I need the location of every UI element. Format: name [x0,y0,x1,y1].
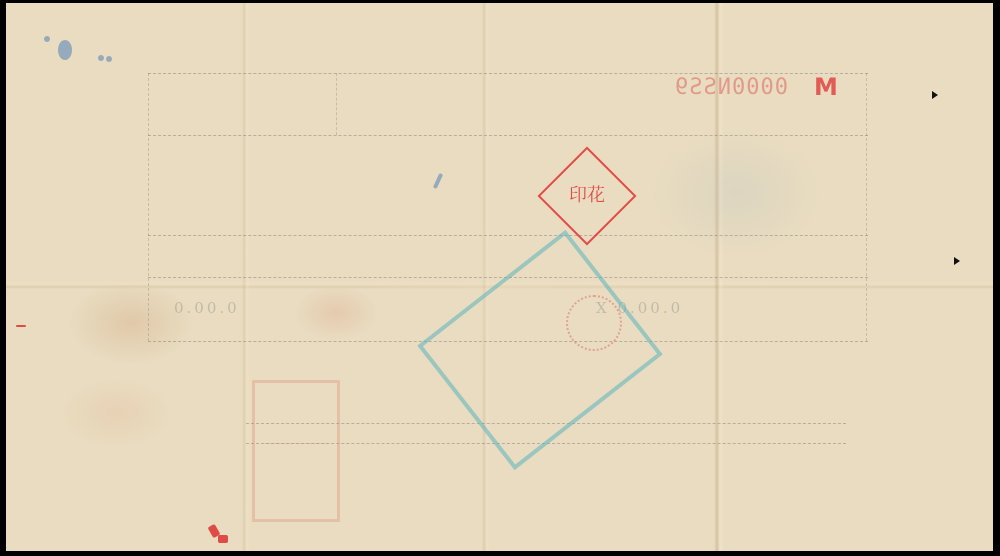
ruled-line [148,235,868,236]
ruled-line-vertical [866,73,867,341]
blue-rectangular-stamp [417,230,662,470]
blue-ink-mark [44,36,50,42]
stamp-divider [263,443,329,444]
red-ink-splash [218,535,228,543]
faint-red-round-mark [566,295,622,351]
serial-number: 0000NSS9 [674,75,788,100]
ruled-line-vertical [336,73,337,135]
ghost-text: 0.00.0 [174,299,240,317]
blue-ink-mark [58,40,72,60]
paper-hole [954,257,960,265]
blue-ink-mark [98,55,104,61]
blue-ink-mark [106,56,112,62]
document-paper: 0.00.0 X 0.00.0 0000NSS9 M 印花 [6,3,993,551]
seal-text: 印花 [563,186,611,206]
ruled-line [148,73,868,74]
paper-hole [932,91,938,99]
ruled-line [148,135,868,136]
red-square-seal: 印花 [538,147,637,246]
faded-red-rectangle-stamp [252,380,340,522]
serial-prefix: M [814,73,838,101]
red-ink-splash [16,325,26,327]
pencil-mark [433,173,443,189]
ruled-line-vertical [148,73,149,341]
